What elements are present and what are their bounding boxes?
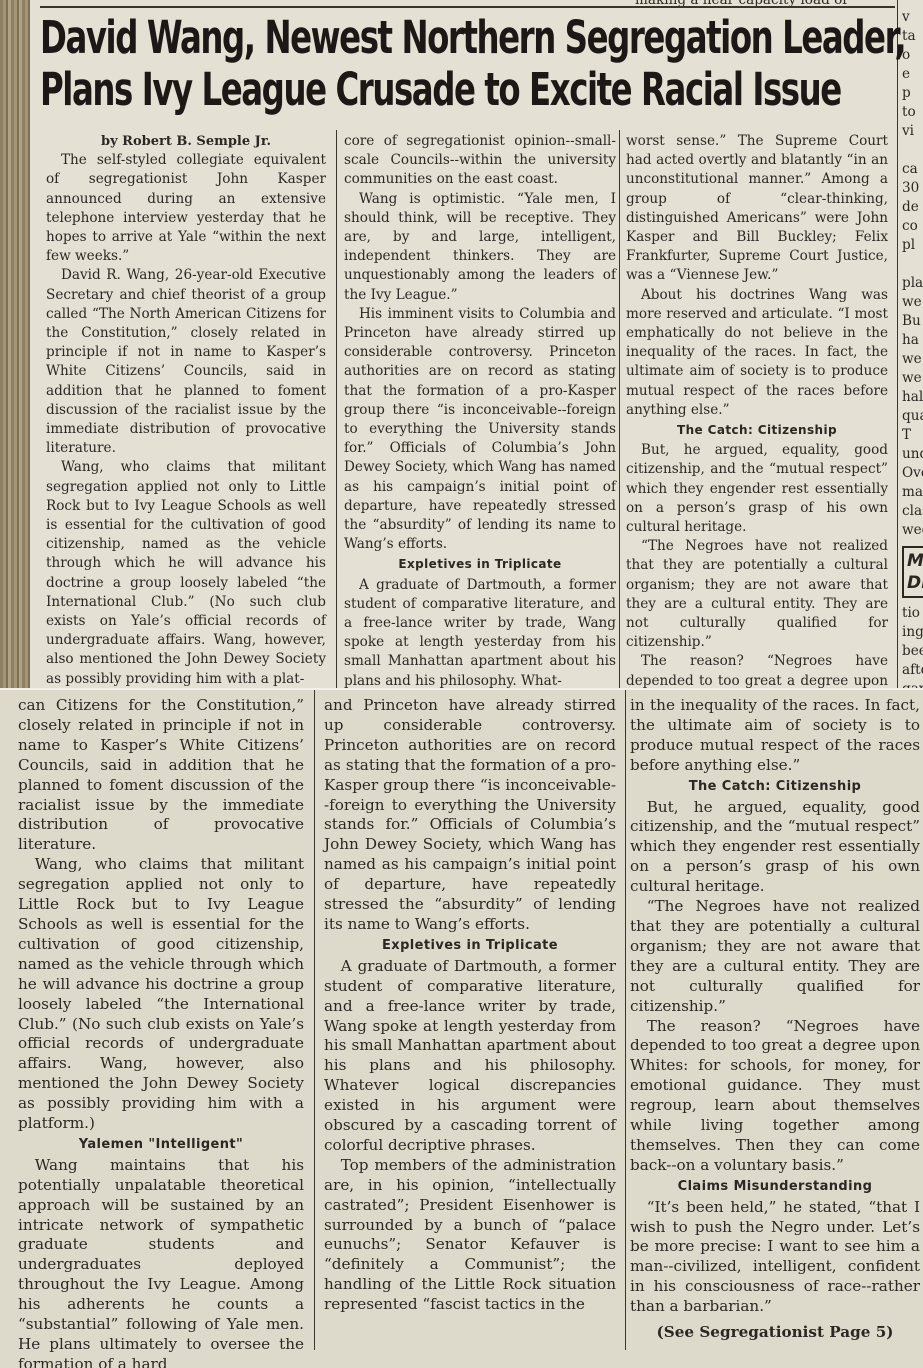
column-rule	[625, 690, 626, 1350]
fragment-line: p	[902, 84, 923, 103]
fragment-line: Ove	[902, 464, 923, 483]
fragment-line: qua	[902, 407, 923, 426]
fragment-line: M	[907, 550, 923, 572]
fragment-line: T	[902, 426, 923, 445]
paragraph: But, he argued, equality, good citizensh…	[630, 798, 920, 898]
wood-background	[0, 0, 30, 690]
paragraph: The reason? “Negroes have depended to to…	[626, 652, 888, 690]
paragraph: His imminent visits to Columbia and Prin…	[344, 305, 616, 555]
paragraph: “It’s been held,” he stated, “that I wis…	[630, 1198, 920, 1317]
paragraph: Top members of the administration are, i…	[324, 1156, 616, 1315]
paragraph: The reason? “Negroes have depended to to…	[630, 1017, 920, 1176]
article-column-3-closeup: in the inequality of the races. In fact,…	[630, 696, 920, 1343]
column-rule	[897, 0, 898, 690]
headline-line-1: David Wang, Newest Northern Segregation …	[40, 12, 659, 64]
paragraph: The self-styled collegiate equivalent of…	[46, 151, 326, 266]
subhead-yalemen: Yalemen "Intelligent"	[18, 1135, 304, 1155]
headline: David Wang, Newest Northern Segregation …	[40, 12, 659, 116]
fragment-lines: vtaoeptovi ca30decopl plaweBuhawewehalqu…	[902, 8, 923, 540]
article-column-2: core of segregationist opinion--small-sc…	[344, 132, 616, 690]
paragraph: can Citizens for the Constitution,” clos…	[18, 696, 304, 855]
fragment-line: de	[902, 198, 923, 217]
fragment-line: vi	[902, 122, 923, 141]
paragraph: Wang, who claims that militant segregati…	[18, 855, 304, 1134]
subhead-catch: The Catch: Citizenship	[630, 777, 920, 797]
paragraph: core of segregationist opinion--small-sc…	[344, 132, 616, 190]
adjacent-column-fragments: vtaoeptovi ca30decopl plaweBuhawewehalqu…	[902, 8, 923, 690]
paragraph: A graduate of Dartmouth, a former studen…	[324, 957, 616, 1156]
fragment-line: ta	[902, 27, 923, 46]
paragraph: and Princeton have already stirred up co…	[324, 696, 616, 935]
fragment-line: bee	[902, 642, 923, 661]
fragment-line: pla	[902, 274, 923, 293]
fragment-line: Di	[907, 572, 923, 594]
continuation-note: (See Segregationist Page 5)	[630, 1323, 920, 1343]
headline-line-2: Plans Ivy League Crusade to Excite Racia…	[40, 64, 659, 116]
fragment-line: pl	[902, 236, 923, 255]
fragment-line: clas	[902, 502, 923, 521]
fragment-line: wee	[902, 521, 923, 540]
top-rule	[40, 6, 895, 8]
paragraph: “The Negroes have not realized that they…	[630, 897, 920, 1016]
column-rule	[619, 130, 620, 690]
subhead-expletives: Expletives in Triplicate	[324, 936, 616, 956]
subhead-catch: The Catch: Citizenship	[626, 421, 888, 440]
fragment-line	[902, 255, 923, 274]
subhead-expletives: Expletives in Triplicate	[344, 555, 616, 574]
fragment-line: ha	[902, 331, 923, 350]
fragment-line: hal	[902, 388, 923, 407]
fragment-line: Bu	[902, 312, 923, 331]
fragment-line: we	[902, 369, 923, 388]
fragment-line: mai	[902, 483, 923, 502]
fragment-line: ing	[902, 623, 923, 642]
subhead-claims: Claims Misunderstanding	[630, 1177, 920, 1197]
paragraph: Wang maintains that his potentially unpa…	[18, 1156, 304, 1368]
paragraph: But, he argued, equality, good citizensh…	[626, 441, 888, 537]
fragment-lines-after: tioingbeeaftegar	[902, 604, 923, 690]
paragraph: worst sense.” The Supreme Court had acte…	[626, 132, 888, 286]
fragment-line: ca	[902, 160, 923, 179]
paragraph: “The Negroes have not realized that they…	[626, 537, 888, 652]
adjacent-headline-box: MDi	[902, 546, 923, 598]
clipping-bottom-view: can Citizens for the Constitution,” clos…	[0, 690, 923, 1368]
clipping-top-view: making a near capacity load of David Wan…	[0, 0, 923, 690]
fragment-line: o	[902, 46, 923, 65]
fragment-line: tio	[902, 604, 923, 623]
fragment-line: e	[902, 65, 923, 84]
fragment-line: we	[902, 293, 923, 312]
fragment-line: v	[902, 8, 923, 27]
paragraph: in the inequality of the races. In fact,…	[630, 696, 920, 776]
paragraph: Wang is optimistic. “Yale men, I should …	[344, 190, 616, 305]
fragment-line: afte	[902, 661, 923, 680]
article-column-1-closeup: can Citizens for the Constitution,” clos…	[18, 696, 304, 1368]
fragment-line	[902, 141, 923, 160]
paragraph: Wang, who claims that militant segregati…	[46, 458, 326, 688]
article-column-2-closeup: and Princeton have already stirred up co…	[324, 696, 616, 1315]
paragraph: David R. Wang, 26-year-old Executive Sec…	[46, 266, 326, 458]
article-column-3: worst sense.” The Supreme Court had acte…	[626, 132, 888, 690]
column-rule	[336, 130, 337, 690]
fragment-line: 30	[902, 179, 923, 198]
article-column-1: by Robert B. Semple Jr. The self-styled …	[46, 132, 326, 689]
paragraph: About his doctrines Wang was more reserv…	[626, 286, 888, 420]
byline: by Robert B. Semple Jr.	[46, 132, 326, 151]
fragment-line: we	[902, 350, 923, 369]
fragment-line: to	[902, 103, 923, 122]
fragment-line: co	[902, 217, 923, 236]
column-rule	[314, 690, 315, 1350]
paragraph: A graduate of Dartmouth, a former studen…	[344, 576, 616, 690]
fragment-line: und	[902, 445, 923, 464]
